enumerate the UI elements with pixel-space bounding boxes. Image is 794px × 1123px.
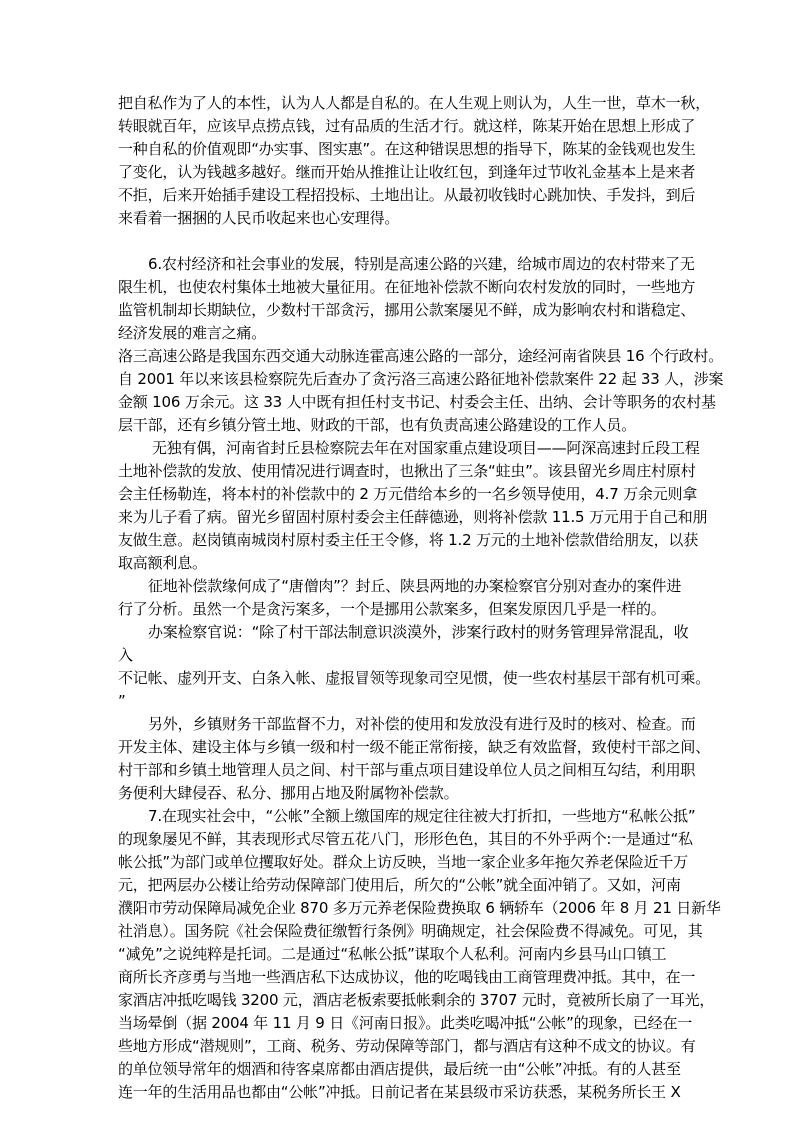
text-line: 些地方形成“潜规则”，工商、税务、劳动保障等部门，都与酒店有这种不成文的协议。有 [118, 1035, 688, 1058]
text-line: 开发主体、建设主体与乡镇一级和村一级不能正常衔接，缺乏有效监督，致使村干部之间、 [118, 736, 688, 759]
text-line: 洛三高速公路是我国东西交通大动脉连霍高速公路的一部分，途经河南省陕县 16 个行… [118, 345, 688, 368]
document-page: 把自私作为了人的本性，认为人人都是自私的。在人生观上则认为，人生一世，草木一秋，… [118, 92, 688, 1104]
text-line: 无独有偶，河南省封丘县检察院去年在对国家重点建设项目——阿深高速封丘段工程 [118, 437, 688, 460]
text-line: 当场晕倒（据 2004 年 11 月 9 日《河南日报》。此类吃喝冲抵“公帐”的… [118, 1012, 688, 1035]
text-line: 金额 106 万余元。这 33 人中既有担任村支书记、村委会主任、出纳、会计等职… [118, 391, 688, 414]
text-line: 不拒，后来开始插手建设工程招投标、土地出让。从最初收钱时心跳加快、手发抖，到后 [118, 184, 688, 207]
text-line: 友做生意。赵岗镇南城岗村原村委主任王令修，将 1.2 万元的土地补偿款借给朋友，… [118, 529, 688, 552]
text-line: 限生机，也使农村集体土地被大量征用。在征地补偿款不断向农村发放的同时，一些地方 [118, 276, 688, 299]
text-line: 家酒店冲抵吃喝钱 3200 元，酒店老板索要抵帐剩余的 3707 元时，竟被所长… [118, 989, 688, 1012]
text-line: 濮阳市劳动保障局减免企业 870 多万元养老保险费换取 6 辆轿车（2006 年… [118, 897, 688, 920]
text-line: 转眼就百年，应该早点捞点钱，过有品质的生活才行。就这样，陈某开始在思想上形成了 [118, 115, 688, 138]
text-line: 务便利大肆侵吞、私分、挪用占地及附属物补偿款。 [118, 782, 688, 805]
text-line: 商所长齐彦勇与当地一些酒店私下达成协议，他的吃喝钱由工商管理费冲抵。其中，在一 [118, 966, 688, 989]
blank-line [118, 230, 688, 253]
text-line: 层干部，还有乡镇分管土地、财政的干部，也有负责高速公路建设的工作人员。 [118, 414, 688, 437]
text-line: 来看着一捆捆的人民币收起来也心安理得。 [118, 207, 688, 230]
text-line: 另外，乡镇财务干部监督不力，对补偿的使用和发放没有进行及时的核对、检查。而 [118, 713, 688, 736]
text-line: 会主任杨勒连，将本村的补偿款中的 2 万元借给本乡的一名乡领导使用，4.7 万余… [118, 483, 688, 506]
text-line: 帐公抵”为部门或单位攫取好处。群众上访反映，当地一家企业多年拖欠养老保险近千万 [118, 851, 688, 874]
paragraph-self-interest: 把自私作为了人的本性，认为人人都是自私的。在人生观上则认为，人生一世，草木一秋，… [118, 92, 688, 230]
text-line: 自 2001 年以来该县检察院先后查办了贪污洛三高速公路征地补偿款案件 22 起… [118, 368, 688, 391]
text-line: “减免”之说纯粹是托词。二是通过“私帐公抵”谋取个人私利。河南内乡县马山口镇工 [118, 943, 688, 966]
text-line: 监管机制却长期缺位，少数村干部贪污，挪用公款案屡见不鲜，成为影响农村和谐稳定、 [118, 299, 688, 322]
text-line: 一种自私的价值观即“办实事、图实惠”。在这种错误思想的指导下，陈某的金钱观也发生 [118, 138, 688, 161]
paragraph-township-supervision: 另外，乡镇财务干部监督不力，对补偿的使用和发放没有进行及时的核对、检查。而 开发… [118, 713, 688, 805]
text-line: ” [118, 690, 688, 713]
text-line: 不记帐、虚列开支、白条入帐、虚报冒领等现象司空见惯，使一些农村基层干部有机可乘。 [118, 667, 688, 690]
paragraph-luosan-expressway: 洛三高速公路是我国东西交通大动脉连霍高速公路的一部分，途经河南省陕县 16 个行… [118, 345, 688, 437]
paragraph-compensation-analysis: 征地补偿款缘何成了“唐僧肉”？封丘、陕县两地的办案检察官分别对查办的案件进 行了… [118, 575, 688, 621]
text-line: 的现象屡见不鲜，其表现形式尽管五花八门，形形色色，其目的不外乎两个:一是通过“私 [118, 828, 688, 851]
text-line: 把自私作为了人的本性，认为人人都是自私的。在人生观上则认为，人生一世，草木一秋， [118, 92, 688, 115]
text-line: 经济发展的难言之痛。 [118, 322, 688, 345]
text-line: 行了分析。虽然一个是贪污案多，一个是挪用公款案多，但案发原因几乎是一样的。 [118, 598, 688, 621]
text-line: 办案检察官说：“除了村干部法制意识淡漠外，涉案行政村的财务管理异常混乱，收 [118, 621, 688, 644]
paragraph-prosecutor-quote: 办案检察官说：“除了村干部法制意识淡漠外，涉案行政村的财务管理异常混乱，收 入 … [118, 621, 688, 713]
text-line: 7.在现实社会中，“公帐”全额上缴国库的规定往往被大打折扣，一些地方“私帐公抵” [118, 805, 688, 828]
text-line: 来为儿子看了病。留光乡留固村原村委会主任薛德逊，则将补偿款 11.5 万元用于自… [118, 506, 688, 529]
text-line: 社消息）。国务院《社会保险费征缴暂行条例》明确规定，社会保险费不得减免。可见，其 [118, 920, 688, 943]
text-line: 连一年的生活用品也都由“公帐”冲抵。日前记者在某县级市采访获悉，某税务所长王 X [118, 1081, 688, 1104]
text-line: 土地补偿款的发放、使用情况进行调查时，也揪出了三条“蛀虫”。该县留光乡周庄村原村 [118, 460, 688, 483]
paragraph-item-7: 7.在现实社会中，“公帐”全额上缴国库的规定往往被大打折扣，一些地方“私帐公抵”… [118, 805, 688, 1104]
text-line: 入 [118, 644, 688, 667]
text-line: 的单位领导常年的烟酒和待客桌席都由酒店提供，最后统一由“公帐”冲抵。有的人甚至 [118, 1058, 688, 1081]
paragraph-item-6: 6.农村经济和社会事业的发展，特别是高速公路的兴建，给城市周边的农村带来了无 限… [118, 253, 688, 345]
text-line: 了变化，认为钱越多越好。继而开始从推推让让收红包，到逢年过节收礼金基本上是来者 [118, 161, 688, 184]
text-line: 征地补偿款缘何成了“唐僧肉”？封丘、陕县两地的办案检察官分别对查办的案件进 [118, 575, 688, 598]
text-line: 元，把两层办公楼让给劳动保障部门使用后，所欠的“公帐”就全面冲销了。又如，河南 [118, 874, 688, 897]
text-line: 村干部和乡镇土地管理人员之间、村干部与重点项目建设单位人员之间相互勾结，利用职 [118, 759, 688, 782]
text-line: 取高额利息。 [118, 552, 688, 575]
paragraph-fengqiu-county: 无独有偶，河南省封丘县检察院去年在对国家重点建设项目——阿深高速封丘段工程 土地… [118, 437, 688, 575]
text-line: 6.农村经济和社会事业的发展，特别是高速公路的兴建，给城市周边的农村带来了无 [118, 253, 688, 276]
